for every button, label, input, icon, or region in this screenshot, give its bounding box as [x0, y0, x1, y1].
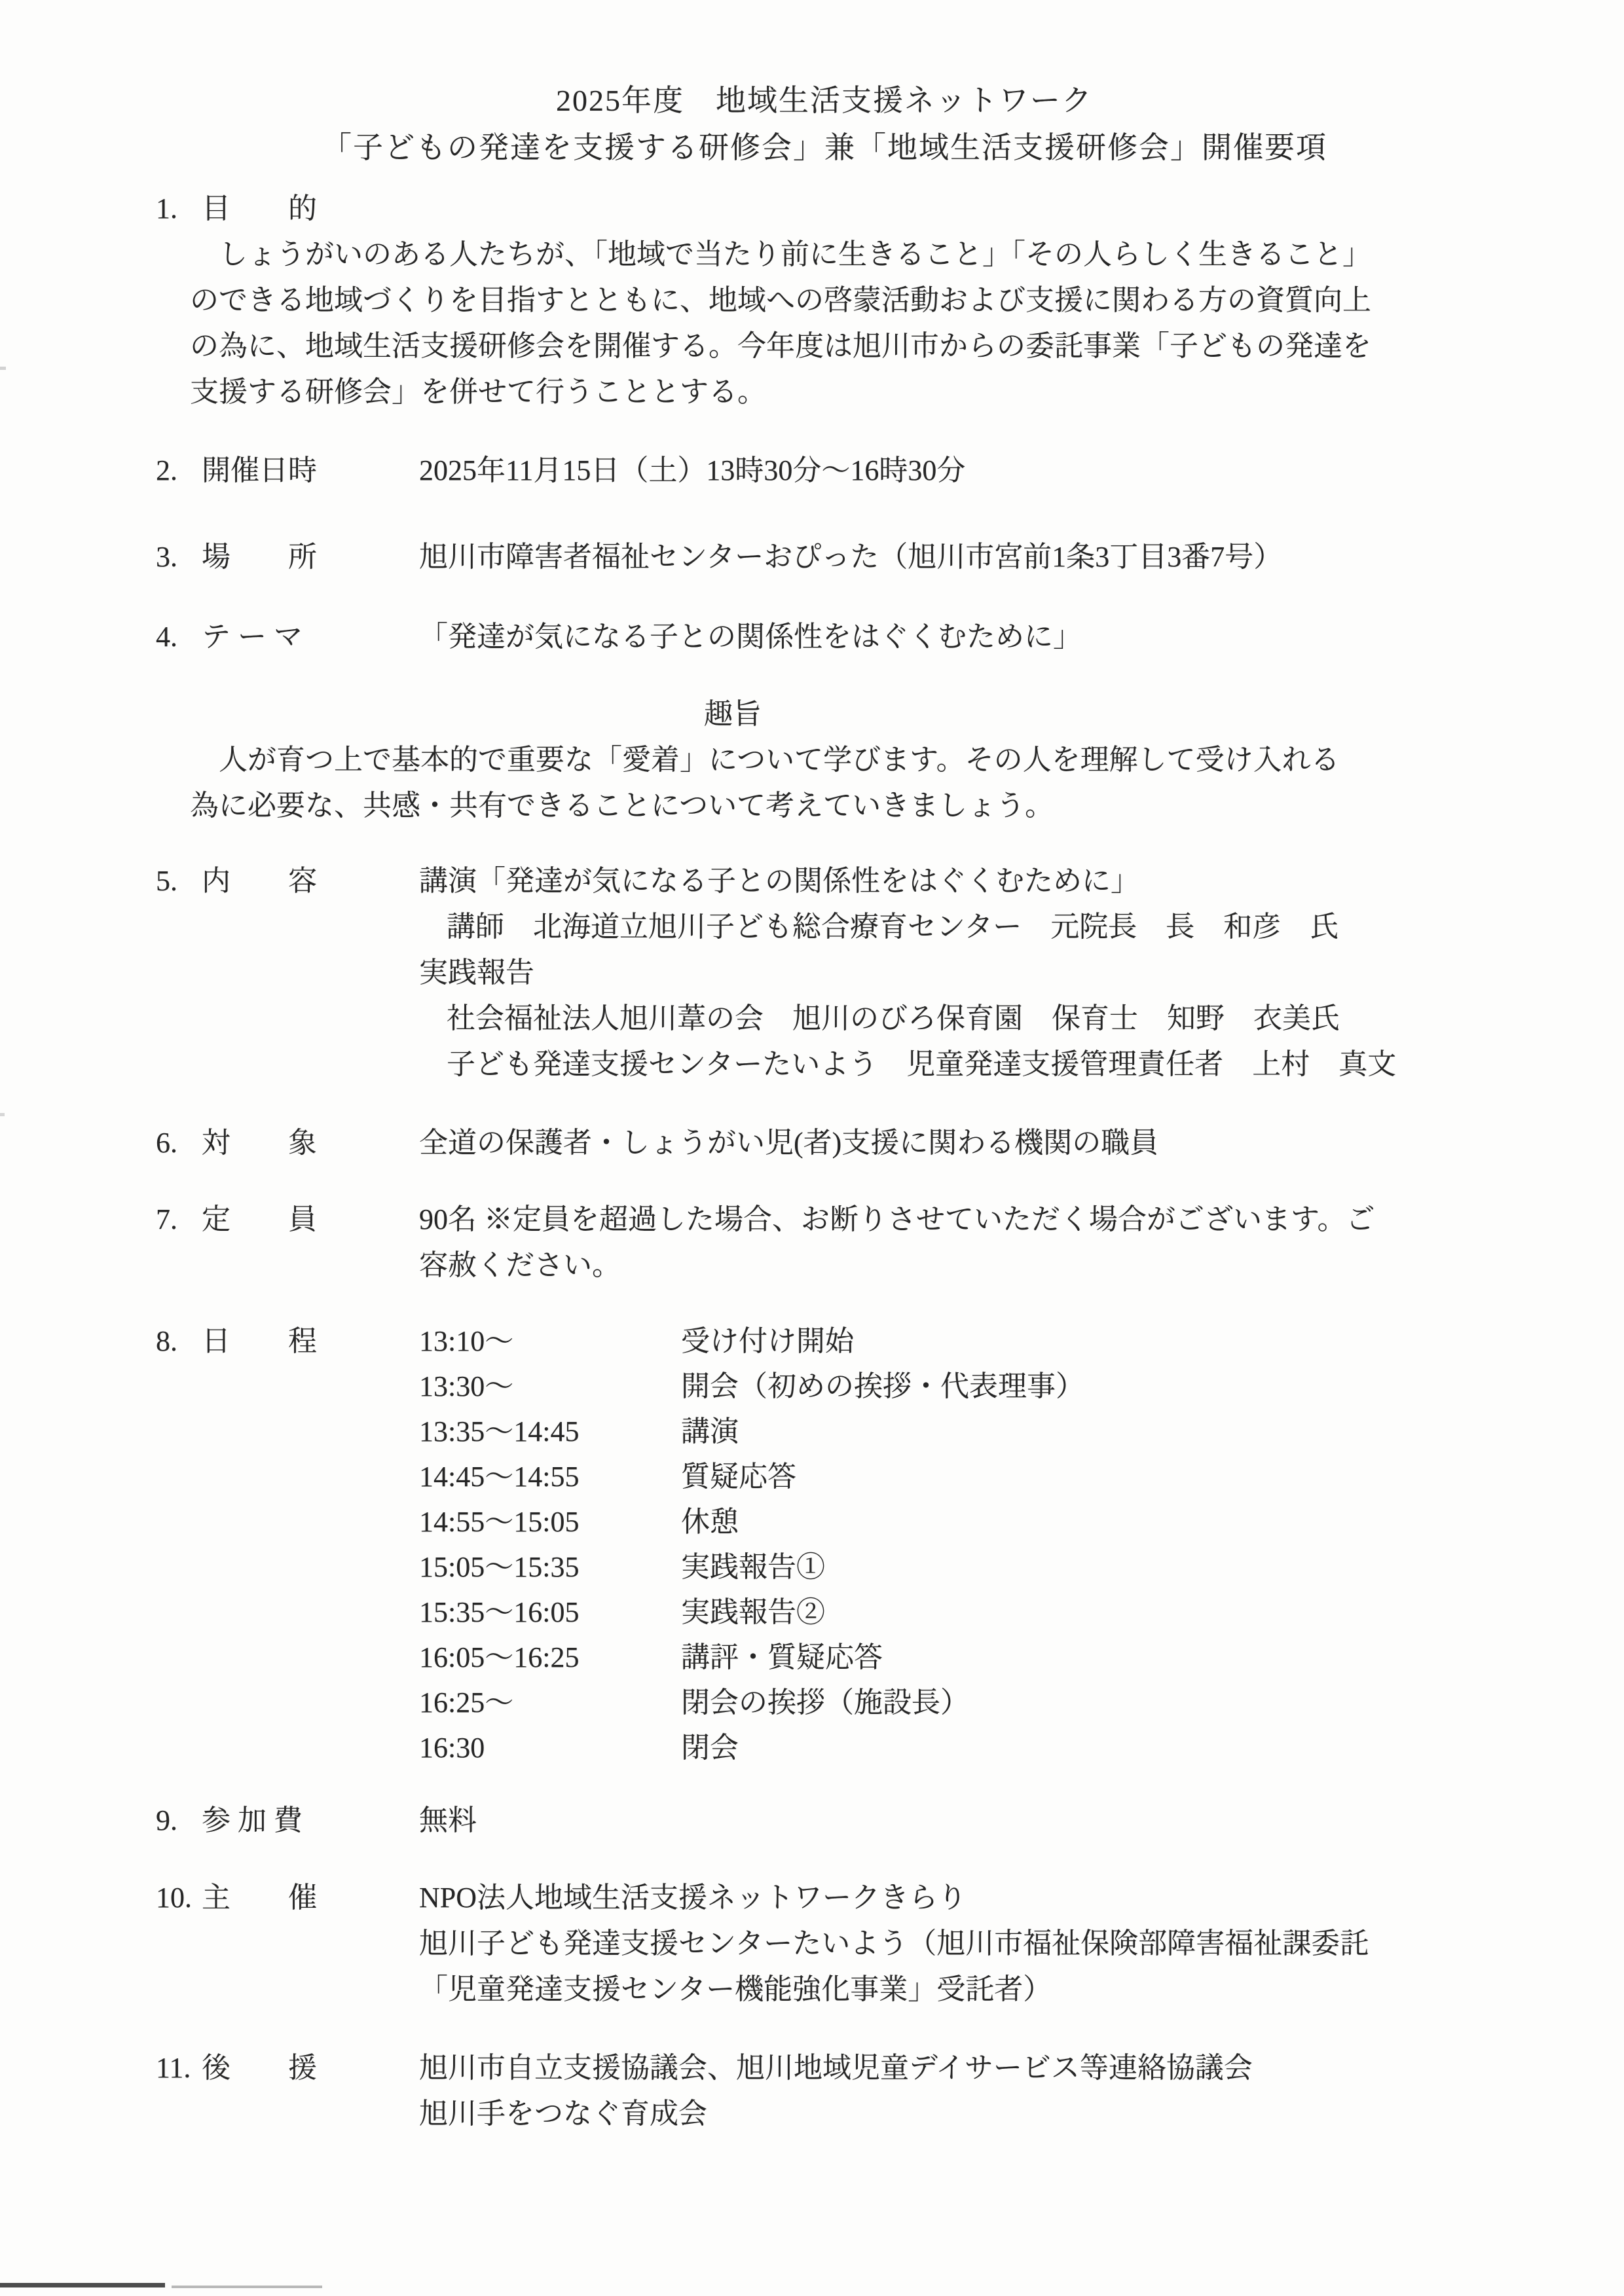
schedule-time: 15:35～16:05	[419, 1590, 681, 1635]
scan-artifact	[172, 2286, 322, 2288]
place-value: 旭川市障害者福祉センターおぴった（旭川市宮前1条3丁目3番7号）	[419, 534, 1493, 580]
section-label: テ ー マ	[202, 614, 419, 660]
section-label: 後 援	[202, 2045, 419, 2091]
schedule-item: 講演	[681, 1409, 1493, 1454]
document-page: 2025年度 地域生活支援ネットワーク 「子どもの発達を支援する研修会」兼「地域…	[0, 0, 1624, 2296]
section-number: 3.	[156, 534, 202, 580]
schedule-row: 16:30 閉会	[419, 1725, 1493, 1770]
schedule-time: 16:30	[419, 1725, 681, 1770]
naiyo-line: 実践報告	[419, 950, 1493, 996]
naiyo-line: 社会福祉法人旭川葦の会 旭川のびろ保育園 保育士 知野 衣美氏	[447, 996, 1493, 1042]
section-number: 10.	[156, 1875, 202, 1921]
schedule-row: 8. 日 程 13:10～ 受け付け開始	[156, 1319, 1493, 1364]
shushi-heading: 趣旨	[156, 691, 1493, 737]
section-taisho: 6. 対 象 全道の保護者・しょうがい児(者)支援に関わる機関の職員	[156, 1120, 1493, 1166]
purpose-paragraph-line: しょうがいのある人たちが、「地域で当たり前に生きること」「その人らしく生きること…	[190, 232, 1493, 278]
section-shushi: 趣旨 人が育つ上で基本的で重要な「愛着」について学びます。その人を理解して受け入…	[156, 691, 1493, 829]
schedule-item: 休憩	[681, 1499, 1493, 1544]
schedule-item: 実践報告①	[681, 1544, 1493, 1590]
doc-title-line2: 「子どもの発達を支援する研修会」兼「地域生活支援研修会」開催要項	[156, 124, 1493, 172]
schedule-row: 15:05～15:35 実践報告①	[419, 1544, 1493, 1590]
section-teiin: 7. 定 員 90名 ※定員を超過した場合、お断りさせていただく場合がございます…	[156, 1197, 1493, 1288]
section-number: 2.	[156, 448, 202, 494]
shusai-line: NPO法人地域生活支援ネットワークきらり	[419, 1875, 1493, 1921]
schedule-row: 16:25～ 閉会の挨拶（施設長）	[419, 1680, 1493, 1725]
section-purpose: 1. 目 的 しょうがいのある人たちが、「地域で当たり前に生きること」「その人ら…	[156, 186, 1493, 415]
section-label: 参 加 費	[202, 1798, 419, 1844]
section-label: 開催日時	[202, 448, 419, 494]
schedule-row: 13:30～ 開会（初めの挨拶・代表理事）	[419, 1364, 1493, 1409]
section-nittei: 8. 日 程 13:10～ 受け付け開始 13:30～ 開会（初めの挨拶・代表理…	[156, 1319, 1493, 1770]
section-place: 3. 場 所 旭川市障害者福祉センターおぴった（旭川市宮前1条3丁目3番7号）	[156, 534, 1493, 580]
schedule-time: 13:30～	[419, 1364, 681, 1409]
koen-line: 旭川市自立支援協議会、旭川地域児童デイサービス等連絡協議会	[419, 2045, 1493, 2091]
schedule-item: 受け付け開始	[681, 1319, 1493, 1364]
section-label: 定 員	[202, 1197, 419, 1243]
section-number: 11.	[156, 2045, 202, 2091]
schedule-row: 13:35～14:45 講演	[419, 1409, 1493, 1454]
section-number: 7.	[156, 1197, 202, 1243]
shushi-paragraph-line: 人が育つ上で基本的で重要な「愛着」について学びます。その人を理解して受け入れる	[190, 737, 1493, 783]
schedule-time: 16:25～	[419, 1680, 681, 1725]
section-label: 場 所	[202, 534, 419, 580]
scan-artifact	[0, 1113, 5, 1116]
shushi-paragraph-line: 為に必要な、共感・共有できることについて考えていきましょう。	[190, 783, 1493, 829]
teiin-line: 容赦ください。	[419, 1243, 1493, 1288]
purpose-paragraph-line: の為に、地域生活支援研修会を開催する。今年度は旭川市からの委託事業「子どもの発達…	[190, 323, 1493, 369]
section-number: 4.	[156, 614, 202, 660]
schedule-item: 開会（初めの挨拶・代表理事）	[681, 1364, 1493, 1409]
section-number: 6.	[156, 1120, 202, 1166]
koen-line: 旭川手をつなぐ育成会	[419, 2091, 1493, 2137]
purpose-paragraph-line: のできる地域づくりを目指すとともに、地域への啓蒙活動および支援に関わる方の資質向…	[190, 278, 1493, 323]
theme-value: 「発達が気になる子との関係性をはぐくむために」	[419, 614, 1493, 660]
doc-title: 2025年度 地域生活支援ネットワーク 「子どもの発達を支援する研修会」兼「地域…	[156, 77, 1493, 172]
section-datetime: 2. 開催日時 2025年11月15日（土）13時30分～16時30分	[156, 448, 1493, 494]
schedule-item: 実践報告②	[681, 1590, 1493, 1635]
section-sankahi: 9. 参 加 費 無料	[156, 1798, 1493, 1844]
teiin-line: 90名 ※定員を超過した場合、お断りさせていただく場合がございます。ご	[419, 1197, 1493, 1243]
taisho-value: 全道の保護者・しょうがい児(者)支援に関わる機関の職員	[419, 1120, 1493, 1166]
section-label: 目 的	[202, 186, 419, 232]
shushi-paragraph: 人が育つ上で基本的で重要な「愛着」について学びます。その人を理解して受け入れる …	[190, 737, 1493, 829]
schedule-time: 14:55～15:05	[419, 1499, 681, 1544]
section-label: 日 程	[202, 1319, 419, 1364]
schedule-item: 質疑応答	[681, 1454, 1493, 1499]
schedule-time: 13:10～	[419, 1319, 681, 1364]
section-theme: 4. テ ー マ 「発達が気になる子との関係性をはぐくむために」	[156, 614, 1493, 660]
schedule-row: 16:05～16:25 講評・質疑応答	[419, 1635, 1493, 1680]
datetime-value: 2025年11月15日（土）13時30分～16時30分	[419, 448, 1493, 494]
schedule-item: 講評・質疑応答	[681, 1635, 1493, 1680]
document-body: 2025年度 地域生活支援ネットワーク 「子どもの発達を支援する研修会」兼「地域…	[0, 0, 1624, 2137]
naiyo-line: 講演「発達が気になる子との関係性をはぐくむために」	[419, 858, 1493, 904]
section-number: 5.	[156, 858, 202, 904]
section-number: 1.	[156, 186, 202, 232]
scan-artifact	[0, 2283, 165, 2287]
section-naiyo: 5. 内 容 講演「発達が気になる子との関係性をはぐくむために」 講師 北海道立…	[156, 858, 1493, 1087]
schedule-time: 13:35～14:45	[419, 1409, 681, 1454]
section-number: 9.	[156, 1798, 202, 1844]
schedule-item: 閉会	[681, 1725, 1493, 1770]
shusai-line: 旭川子ども発達支援センターたいよう（旭川市福祉保険部障害福祉課委託	[419, 1921, 1493, 1967]
scan-artifact	[0, 367, 6, 370]
section-number: 8.	[156, 1319, 202, 1364]
schedule-row: 14:45～14:55 質疑応答	[419, 1454, 1493, 1499]
schedule-row: 14:55～15:05 休憩	[419, 1499, 1493, 1544]
naiyo-line: 講師 北海道立旭川子ども総合療育センター 元院長 長 和彦 氏	[447, 904, 1493, 950]
naiyo-line: 子ども発達支援センターたいよう 児童発達支援管理責任者 上村 真文	[447, 1042, 1493, 1087]
purpose-paragraph: しょうがいのある人たちが、「地域で当たり前に生きること」「その人らしく生きること…	[190, 232, 1493, 415]
doc-title-line1: 2025年度 地域生活支援ネットワーク	[156, 77, 1493, 124]
section-label: 対 象	[202, 1120, 419, 1166]
schedule-item: 閉会の挨拶（施設長）	[681, 1680, 1493, 1725]
schedule-time: 16:05～16:25	[419, 1635, 681, 1680]
section-shusai: 10. 主 催 NPO法人地域生活支援ネットワークきらり 旭川子ども発達支援セン…	[156, 1875, 1493, 2013]
section-label: 内 容	[202, 858, 419, 904]
shusai-line: 「児童発達支援センター機能強化事業」受託者）	[419, 1967, 1493, 2013]
schedule-time: 15:05～15:35	[419, 1544, 681, 1590]
section-koen: 11. 後 援 旭川市自立支援協議会、旭川地域児童デイサービス等連絡協議会 旭川…	[156, 2045, 1493, 2137]
schedule-time: 14:45～14:55	[419, 1454, 681, 1499]
purpose-paragraph-line: 支援する研修会」を併せて行うこととする。	[190, 369, 1493, 415]
section-label: 主 催	[202, 1875, 419, 1921]
schedule-row: 15:35～16:05 実践報告②	[419, 1590, 1493, 1635]
sankahi-value: 無料	[419, 1798, 1493, 1844]
section-purpose-heading: 1. 目 的	[156, 186, 1493, 232]
